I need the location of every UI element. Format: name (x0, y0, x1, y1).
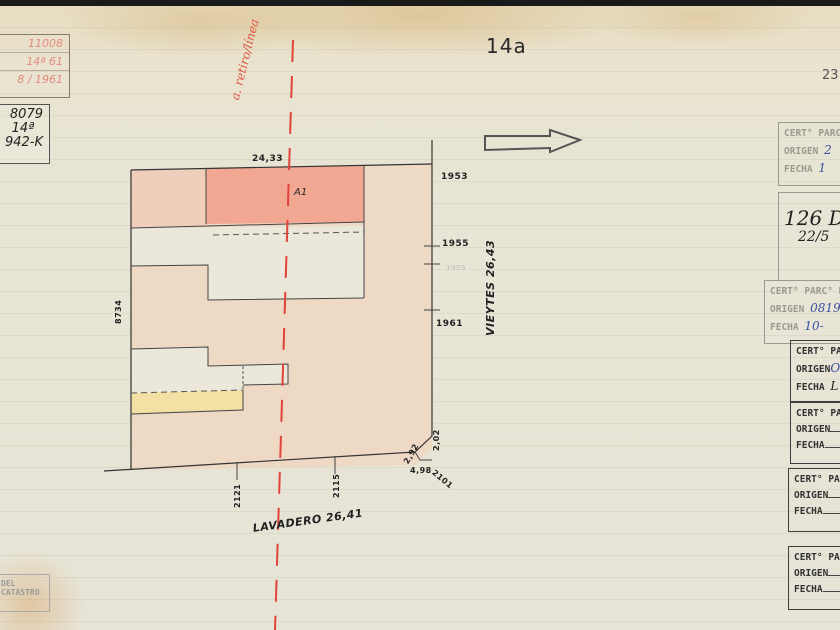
origen-blank-line (830, 431, 840, 432)
origen-blank-line (828, 575, 840, 576)
street-vieytes: VIEYTES 26,43 (484, 240, 497, 336)
handwritten-number: 126 De (784, 207, 840, 229)
fecha-label: FECHA (794, 506, 823, 517)
catastro-stamp-text: DEL CATASTRO (1, 579, 40, 597)
fecha-label: FECHA (796, 382, 825, 393)
fecha-label: FECHA (794, 584, 823, 595)
handwritten-de: De (829, 206, 840, 230)
handwritten-date: 22/5 (784, 229, 840, 245)
origen-label: ORIGEN (796, 364, 830, 375)
cert-stamp-1: CERT° PARC° ORIGEN 2 FECHA 1 (778, 122, 840, 186)
fecha-label: FECHA (784, 164, 813, 175)
cert-stamp-6: CERT° PAR ORIGEN FECHA (788, 468, 840, 532)
left-side-label: 8734 (114, 300, 123, 324)
plot-plan-drawing (0, 6, 840, 630)
right-number-1961: 1961 (436, 319, 463, 329)
catastro-stamp: DEL CATASTRO (0, 574, 50, 612)
cert-header: CERT° PAR (794, 472, 840, 488)
origen-blank-line (828, 497, 840, 498)
cert-stamp-4: CERT° PAR ORIGENO FECHA L (790, 340, 840, 402)
cert-header: CERT° PAR (796, 344, 840, 360)
fecha-blank-line (823, 513, 840, 514)
cert-stamp-3: CERT° PARC° N ORIGEN 0819 FECHA 10- (764, 280, 840, 344)
origen-label: ORIGEN (794, 568, 828, 579)
origen-value: 2 (824, 143, 832, 157)
origen-label: ORIGEN (784, 146, 818, 157)
fecha-label: FECHA (796, 440, 825, 451)
corner-dim-498: 4,98 (410, 466, 432, 475)
origen-value: O (830, 361, 840, 375)
handwritten-126: 126 (784, 206, 822, 230)
origen-label: ORIGEN (794, 490, 828, 501)
cert-header: CERT° PARC° (784, 126, 840, 142)
top-dimension-label: 24,33 (252, 154, 283, 164)
corner-dim-202: 2,02 (432, 429, 441, 451)
area-label: A1 (294, 187, 307, 198)
fecha-value: 10- (804, 319, 823, 333)
cert-stamp-2: 126 De 22/5 (778, 192, 840, 281)
origen-value: 0819 (810, 301, 840, 315)
cert-stamp-5: CERT° PAR ORIGEN FECHA (790, 402, 840, 464)
document-sheet: 14a 23 11008 14ª 61 8 / 1961 8079 14ª 94… (0, 6, 840, 630)
fecha-blank-line (825, 447, 840, 448)
right-number-1955: 1955 (442, 239, 469, 249)
fecha-value: L (830, 379, 838, 393)
cert-header: CERT° PAR (794, 550, 840, 566)
fecha-label: FECHA (770, 322, 799, 333)
fecha-blank-line (823, 591, 840, 592)
bottom-number-2121: 2121 (233, 484, 242, 508)
cert-header: CERT° PAR (796, 406, 840, 422)
cert-header: CERT° PARC° N (770, 284, 840, 300)
origen-label: ORIGEN (770, 304, 804, 315)
right-number-1953: 1953 (441, 172, 468, 182)
origen-label: ORIGEN (796, 424, 830, 435)
cert-stamp-7: CERT° PAR ORIGEN FECHA (788, 546, 840, 610)
fecha-value: 1 (818, 161, 826, 175)
right-number-faint: 1959 (446, 264, 466, 272)
bottom-number-2115: 2115 (332, 474, 341, 498)
